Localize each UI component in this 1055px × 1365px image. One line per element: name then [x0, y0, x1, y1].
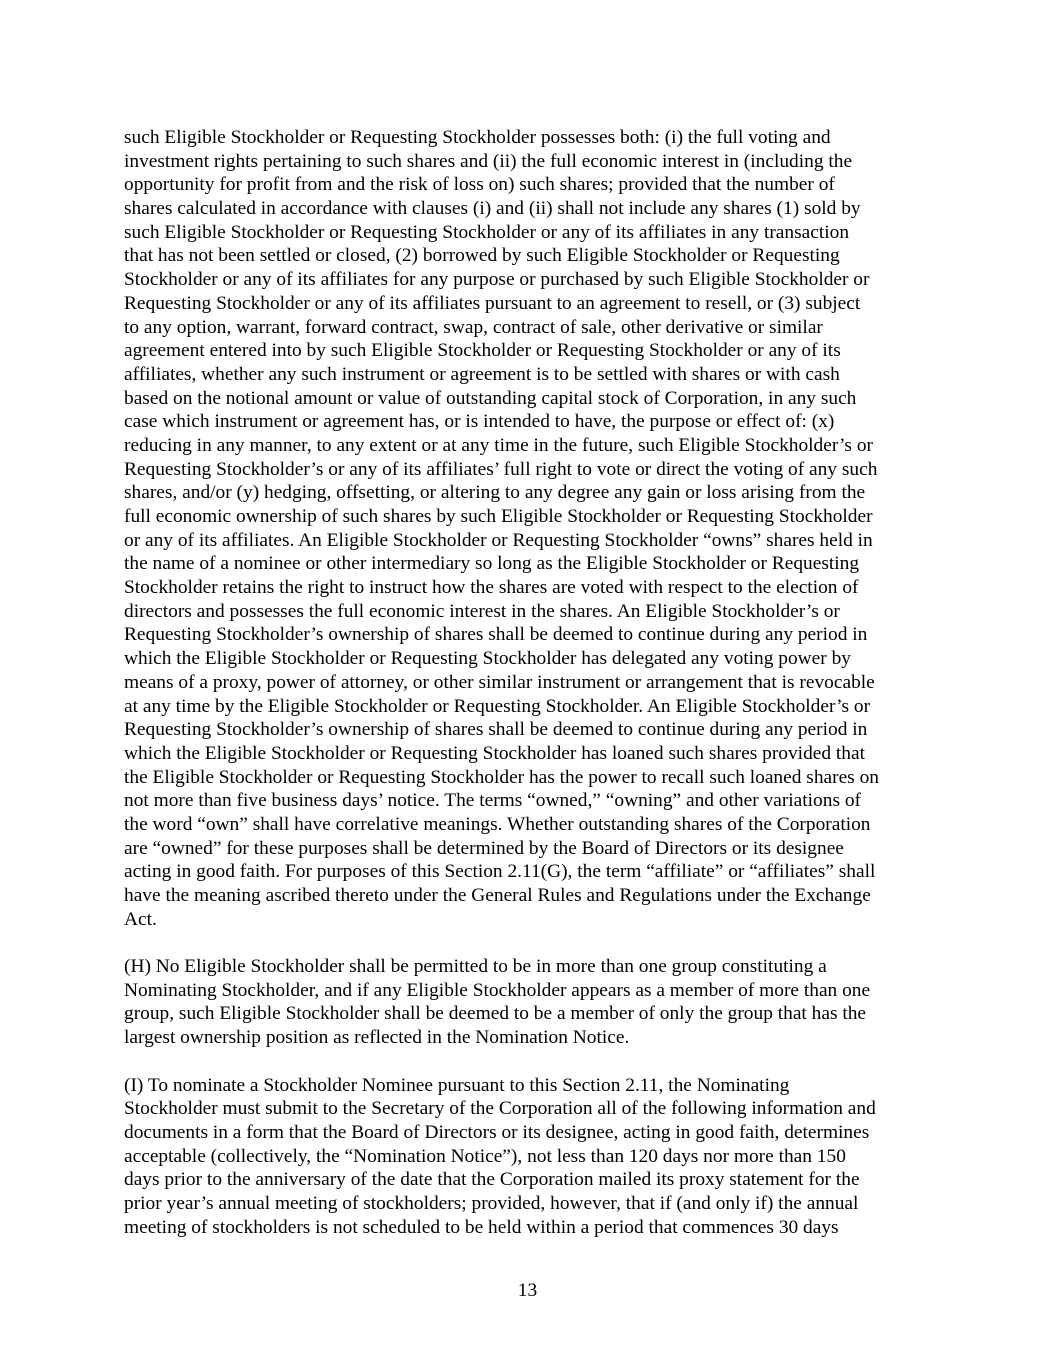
- text-line: not more than five business days’ notice…: [124, 789, 944, 813]
- text-line: or any of its affiliates. An Eligible St…: [124, 529, 944, 553]
- text-line: Requesting Stockholder or any of its aff…: [124, 292, 944, 316]
- text-line: such Eligible Stockholder or Requesting …: [124, 221, 944, 245]
- text-line: documents in a form that the Board of Di…: [124, 1121, 944, 1145]
- text-line: acting in good faith. For purposes of th…: [124, 860, 944, 884]
- text-line: such Eligible Stockholder or Requesting …: [124, 126, 944, 150]
- text-line: largest ownership position as reflected …: [124, 1026, 944, 1050]
- text-line: directors and possesses the full economi…: [124, 600, 944, 624]
- text-line: which the Eligible Stockholder or Reques…: [124, 647, 944, 671]
- text-line: Stockholder or any of its affiliates for…: [124, 268, 944, 292]
- text-line: have the meaning ascribed thereto under …: [124, 884, 944, 908]
- text-line: (H) No Eligible Stockholder shall be per…: [124, 955, 944, 979]
- text-line: shares, and/or (y) hedging, offsetting, …: [124, 481, 944, 505]
- paragraph-gap: [124, 931, 944, 955]
- text-line: Stockholder retains the right to instruc…: [124, 576, 944, 600]
- text-line: Requesting Stockholder’s or any of its a…: [124, 458, 944, 482]
- text-line: the Eligible Stockholder or Requesting S…: [124, 766, 944, 790]
- paragraph-g-continued: such Eligible Stockholder or Requesting …: [124, 126, 944, 931]
- paragraph-gap: [124, 1050, 944, 1074]
- page-number: 13: [0, 1280, 1055, 1302]
- text-line: Requesting Stockholder’s ownership of sh…: [124, 623, 944, 647]
- text-line: means of a proxy, power of attorney, or …: [124, 671, 944, 695]
- text-line: acceptable (collectively, the “Nominatio…: [124, 1145, 944, 1169]
- text-line: the word “own” shall have correlative me…: [124, 813, 944, 837]
- text-line: full economic ownership of such shares b…: [124, 505, 944, 529]
- text-line: agreement entered into by such Eligible …: [124, 339, 944, 363]
- text-line: to any option, warrant, forward contract…: [124, 316, 944, 340]
- text-line: investment rights pertaining to such sha…: [124, 150, 944, 174]
- text-line: Stockholder must submit to the Secretary…: [124, 1097, 944, 1121]
- text-line: affiliates, whether any such instrument …: [124, 363, 944, 387]
- text-line: case which instrument or agreement has, …: [124, 410, 944, 434]
- text-line: (I) To nominate a Stockholder Nominee pu…: [124, 1074, 944, 1098]
- document-page: such Eligible Stockholder or Requesting …: [124, 126, 944, 1239]
- text-line: reducing in any manner, to any extent or…: [124, 434, 944, 458]
- text-line: based on the notional amount or value of…: [124, 387, 944, 411]
- text-line: days prior to the anniversary of the dat…: [124, 1168, 944, 1192]
- text-line: Nominating Stockholder, and if any Eligi…: [124, 979, 944, 1003]
- paragraph-i: (I) To nominate a Stockholder Nominee pu…: [124, 1074, 944, 1240]
- text-line: meeting of stockholders is not scheduled…: [124, 1216, 944, 1240]
- text-line: Requesting Stockholder’s ownership of sh…: [124, 718, 944, 742]
- text-line: opportunity for profit from and the risk…: [124, 173, 944, 197]
- text-line: at any time by the Eligible Stockholder …: [124, 695, 944, 719]
- text-line: shares calculated in accordance with cla…: [124, 197, 944, 221]
- text-line: which the Eligible Stockholder or Reques…: [124, 742, 944, 766]
- text-line: are “owned” for these purposes shall be …: [124, 837, 944, 861]
- paragraph-h: (H) No Eligible Stockholder shall be per…: [124, 955, 944, 1050]
- text-line: that has not been settled or closed, (2)…: [124, 244, 944, 268]
- text-line: the name of a nominee or other intermedi…: [124, 552, 944, 576]
- text-line: group, such Eligible Stockholder shall b…: [124, 1002, 944, 1026]
- text-line: Act.: [124, 908, 944, 932]
- text-line: prior year’s annual meeting of stockhold…: [124, 1192, 944, 1216]
